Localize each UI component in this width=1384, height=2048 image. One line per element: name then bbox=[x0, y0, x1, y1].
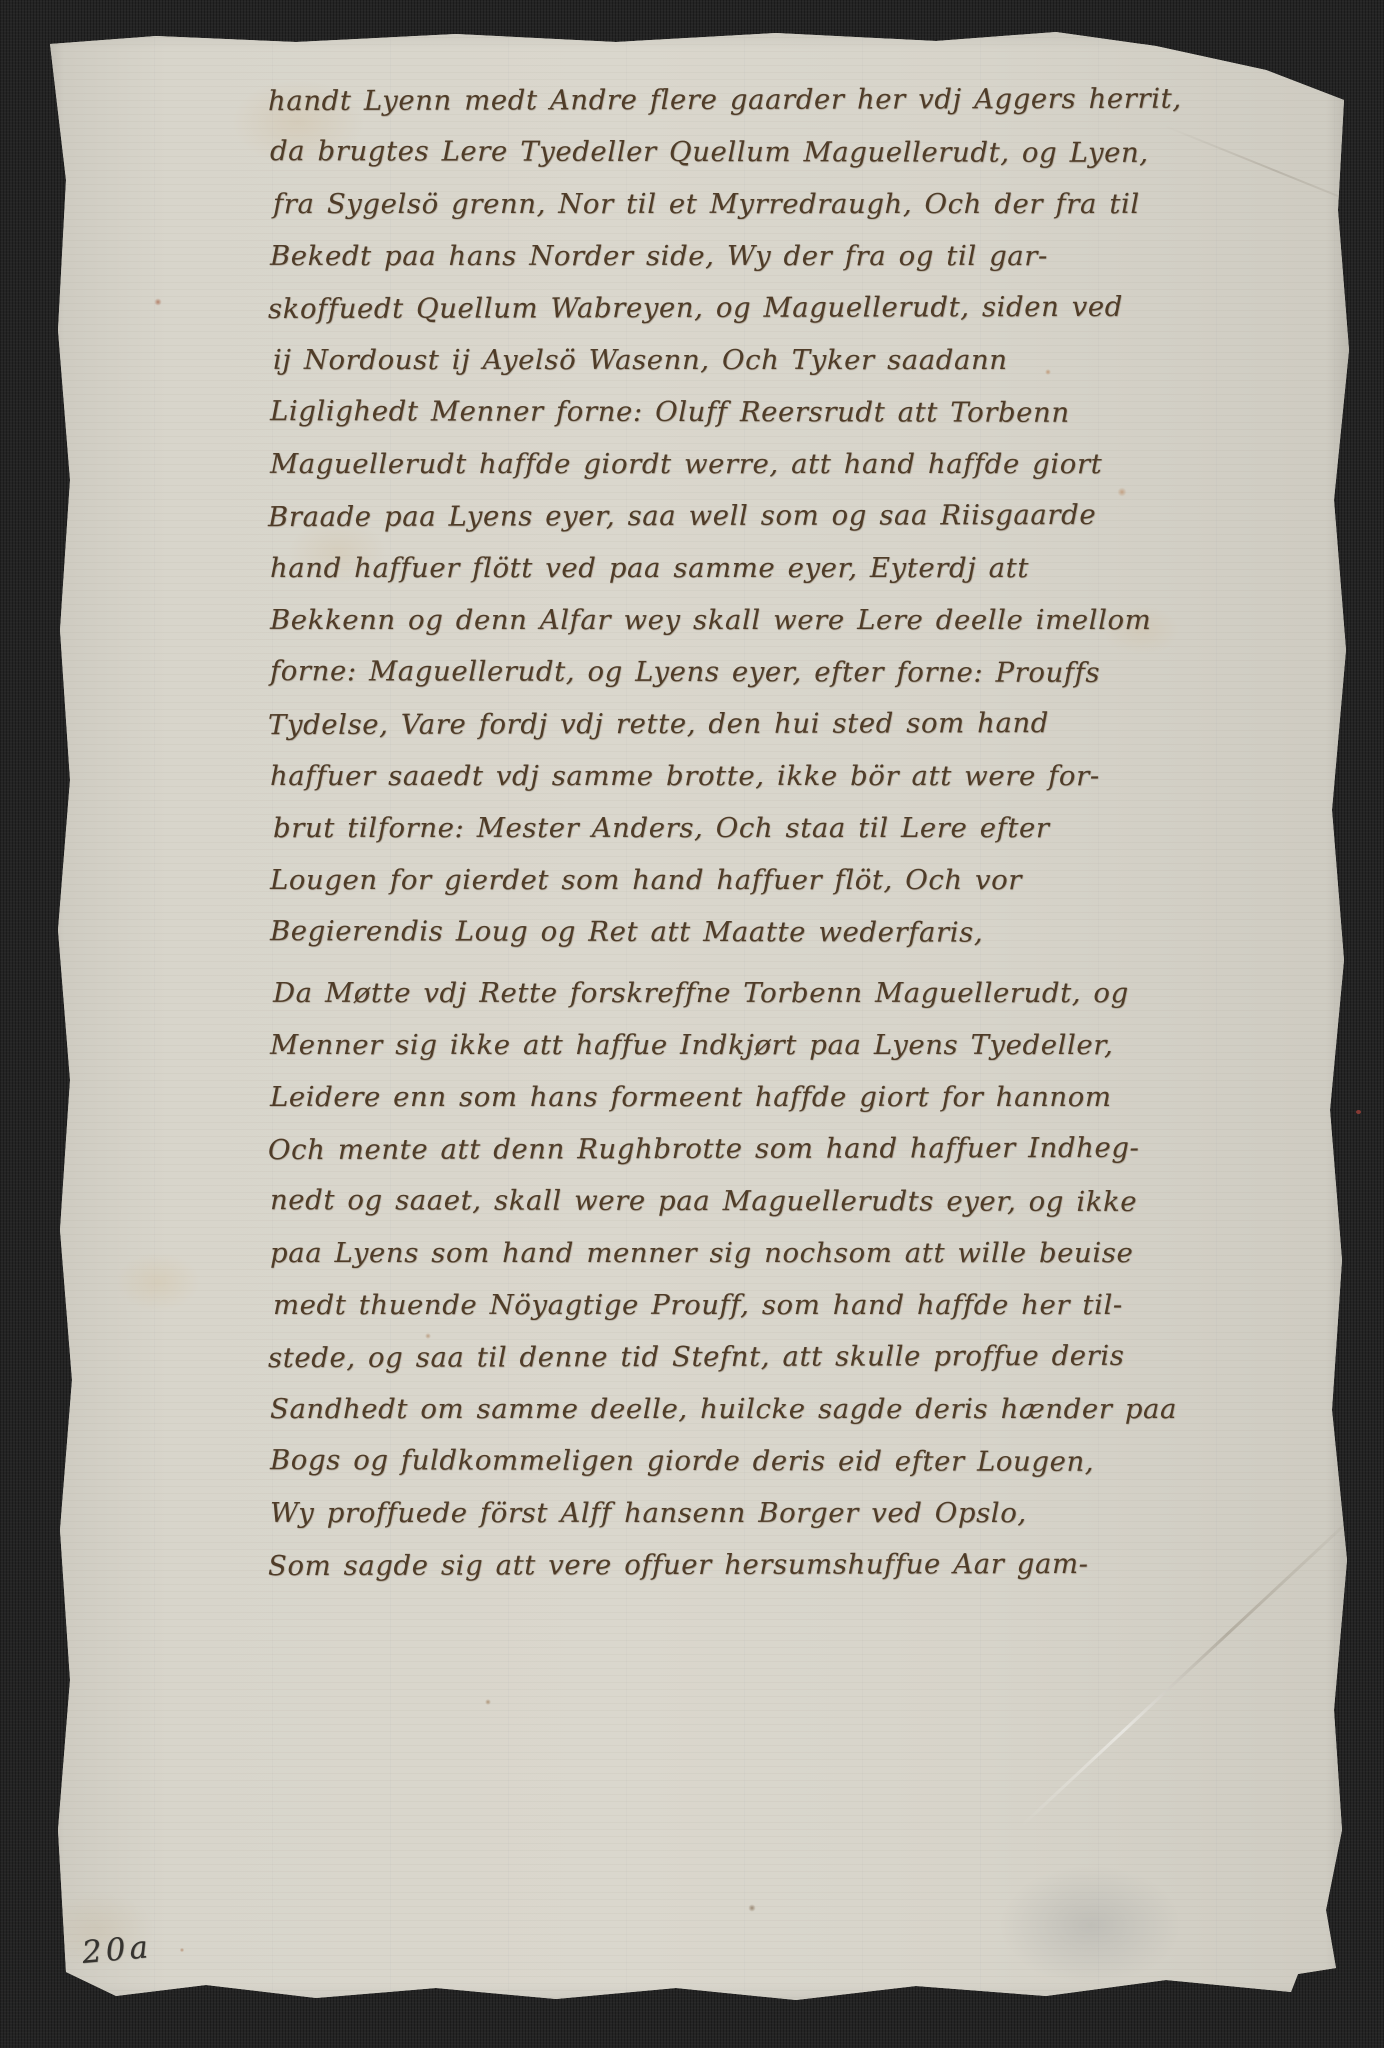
text-line: Sandhedt om samme deelle, huilcke sagde … bbox=[270, 1383, 1100, 1435]
text-line: Lougen for gierdet som hand haffuer flöt… bbox=[270, 854, 1100, 906]
handwritten-text-block: handt Lyenn medt Andre flere gaarder her… bbox=[270, 74, 1100, 1591]
text-line: nedt og saaet, skall were paa Maguelleru… bbox=[270, 1174, 1100, 1228]
scan-background: handt Lyenn medt Andre flere gaarder her… bbox=[0, 0, 1384, 2048]
text-line: Som sagde sig att vere offuer hersumshuf… bbox=[268, 1538, 1098, 1592]
text-line: Maguellerudt haffde giordt werre, att ha… bbox=[270, 438, 1100, 490]
text-line: haffuer saaedt vdj samme brotte, ikke bö… bbox=[270, 750, 1100, 802]
text-line: paa Lyens som hand menner sig nochsom at… bbox=[270, 1227, 1100, 1279]
text-line: Och mente att denn Rughbrotte som hand h… bbox=[268, 1122, 1098, 1176]
text-line: ij Nordoust ij Ayelsö Wasenn, Och Tyker … bbox=[273, 334, 1103, 386]
text-line: stede, og saa til denne tid Stefnt, att … bbox=[268, 1330, 1098, 1384]
text-line: handt Lyenn medt Andre flere gaarder her… bbox=[268, 73, 1098, 127]
text-line: forne: Maguellerudt, og Lyens eyer, efte… bbox=[270, 645, 1100, 699]
manuscript-scan: { "document": { "folio_number": "20a", "… bbox=[0, 0, 1384, 2048]
folio-number: 20a bbox=[81, 1929, 154, 1971]
text-line: Tydelse, Vare fordj vdj rette, den hui s… bbox=[268, 697, 1098, 751]
text-line: Begierendis Loug og Ret att Maatte weder… bbox=[270, 905, 1100, 959]
text-line: Wy proffuede först Alff hansenn Borger v… bbox=[270, 1487, 1100, 1539]
text-line: brut tilforne: Mester Anders, Och staa t… bbox=[273, 802, 1103, 854]
text-line: medt thuende Nöyagtige Prouff, som hand … bbox=[273, 1279, 1103, 1331]
text-line: hand haffuer flött ved paa samme eyer, E… bbox=[270, 542, 1100, 594]
text-line: Bekkenn og denn Alfar wey skall were Ler… bbox=[270, 594, 1100, 646]
text-line: Bekedt paa hans Norder side, Wy der fra … bbox=[270, 230, 1100, 282]
text-line: skoffuedt Quellum Wabreyen, og Magueller… bbox=[268, 281, 1098, 335]
text-line: Leidere enn som hans formeent haffde gio… bbox=[270, 1071, 1100, 1123]
red-fiber-speck bbox=[1356, 1110, 1361, 1114]
text-line: da brugtes Lere Tyedeller Quellum Maguel… bbox=[270, 125, 1100, 179]
text-line: Bogs og fuldkommeligen giorde deris eid … bbox=[270, 1434, 1100, 1488]
text-line: Menner sig ikke att haffue Indkjørt paa … bbox=[270, 1019, 1100, 1071]
text-line: Braade paa Lyens eyer, saa well som og s… bbox=[268, 489, 1098, 543]
manuscript-page: handt Lyenn medt Andre flere gaarder her… bbox=[36, 30, 1350, 2005]
text-line: fra Sygelsö grenn, Nor til et Myrredraug… bbox=[273, 178, 1103, 230]
text-line: Liglighedt Menner forne: Oluff Reersrudt… bbox=[270, 385, 1100, 439]
text-line-paragraph-start: Da Møtte vdj Rette forskreffne Torbenn M… bbox=[273, 967, 1103, 1019]
